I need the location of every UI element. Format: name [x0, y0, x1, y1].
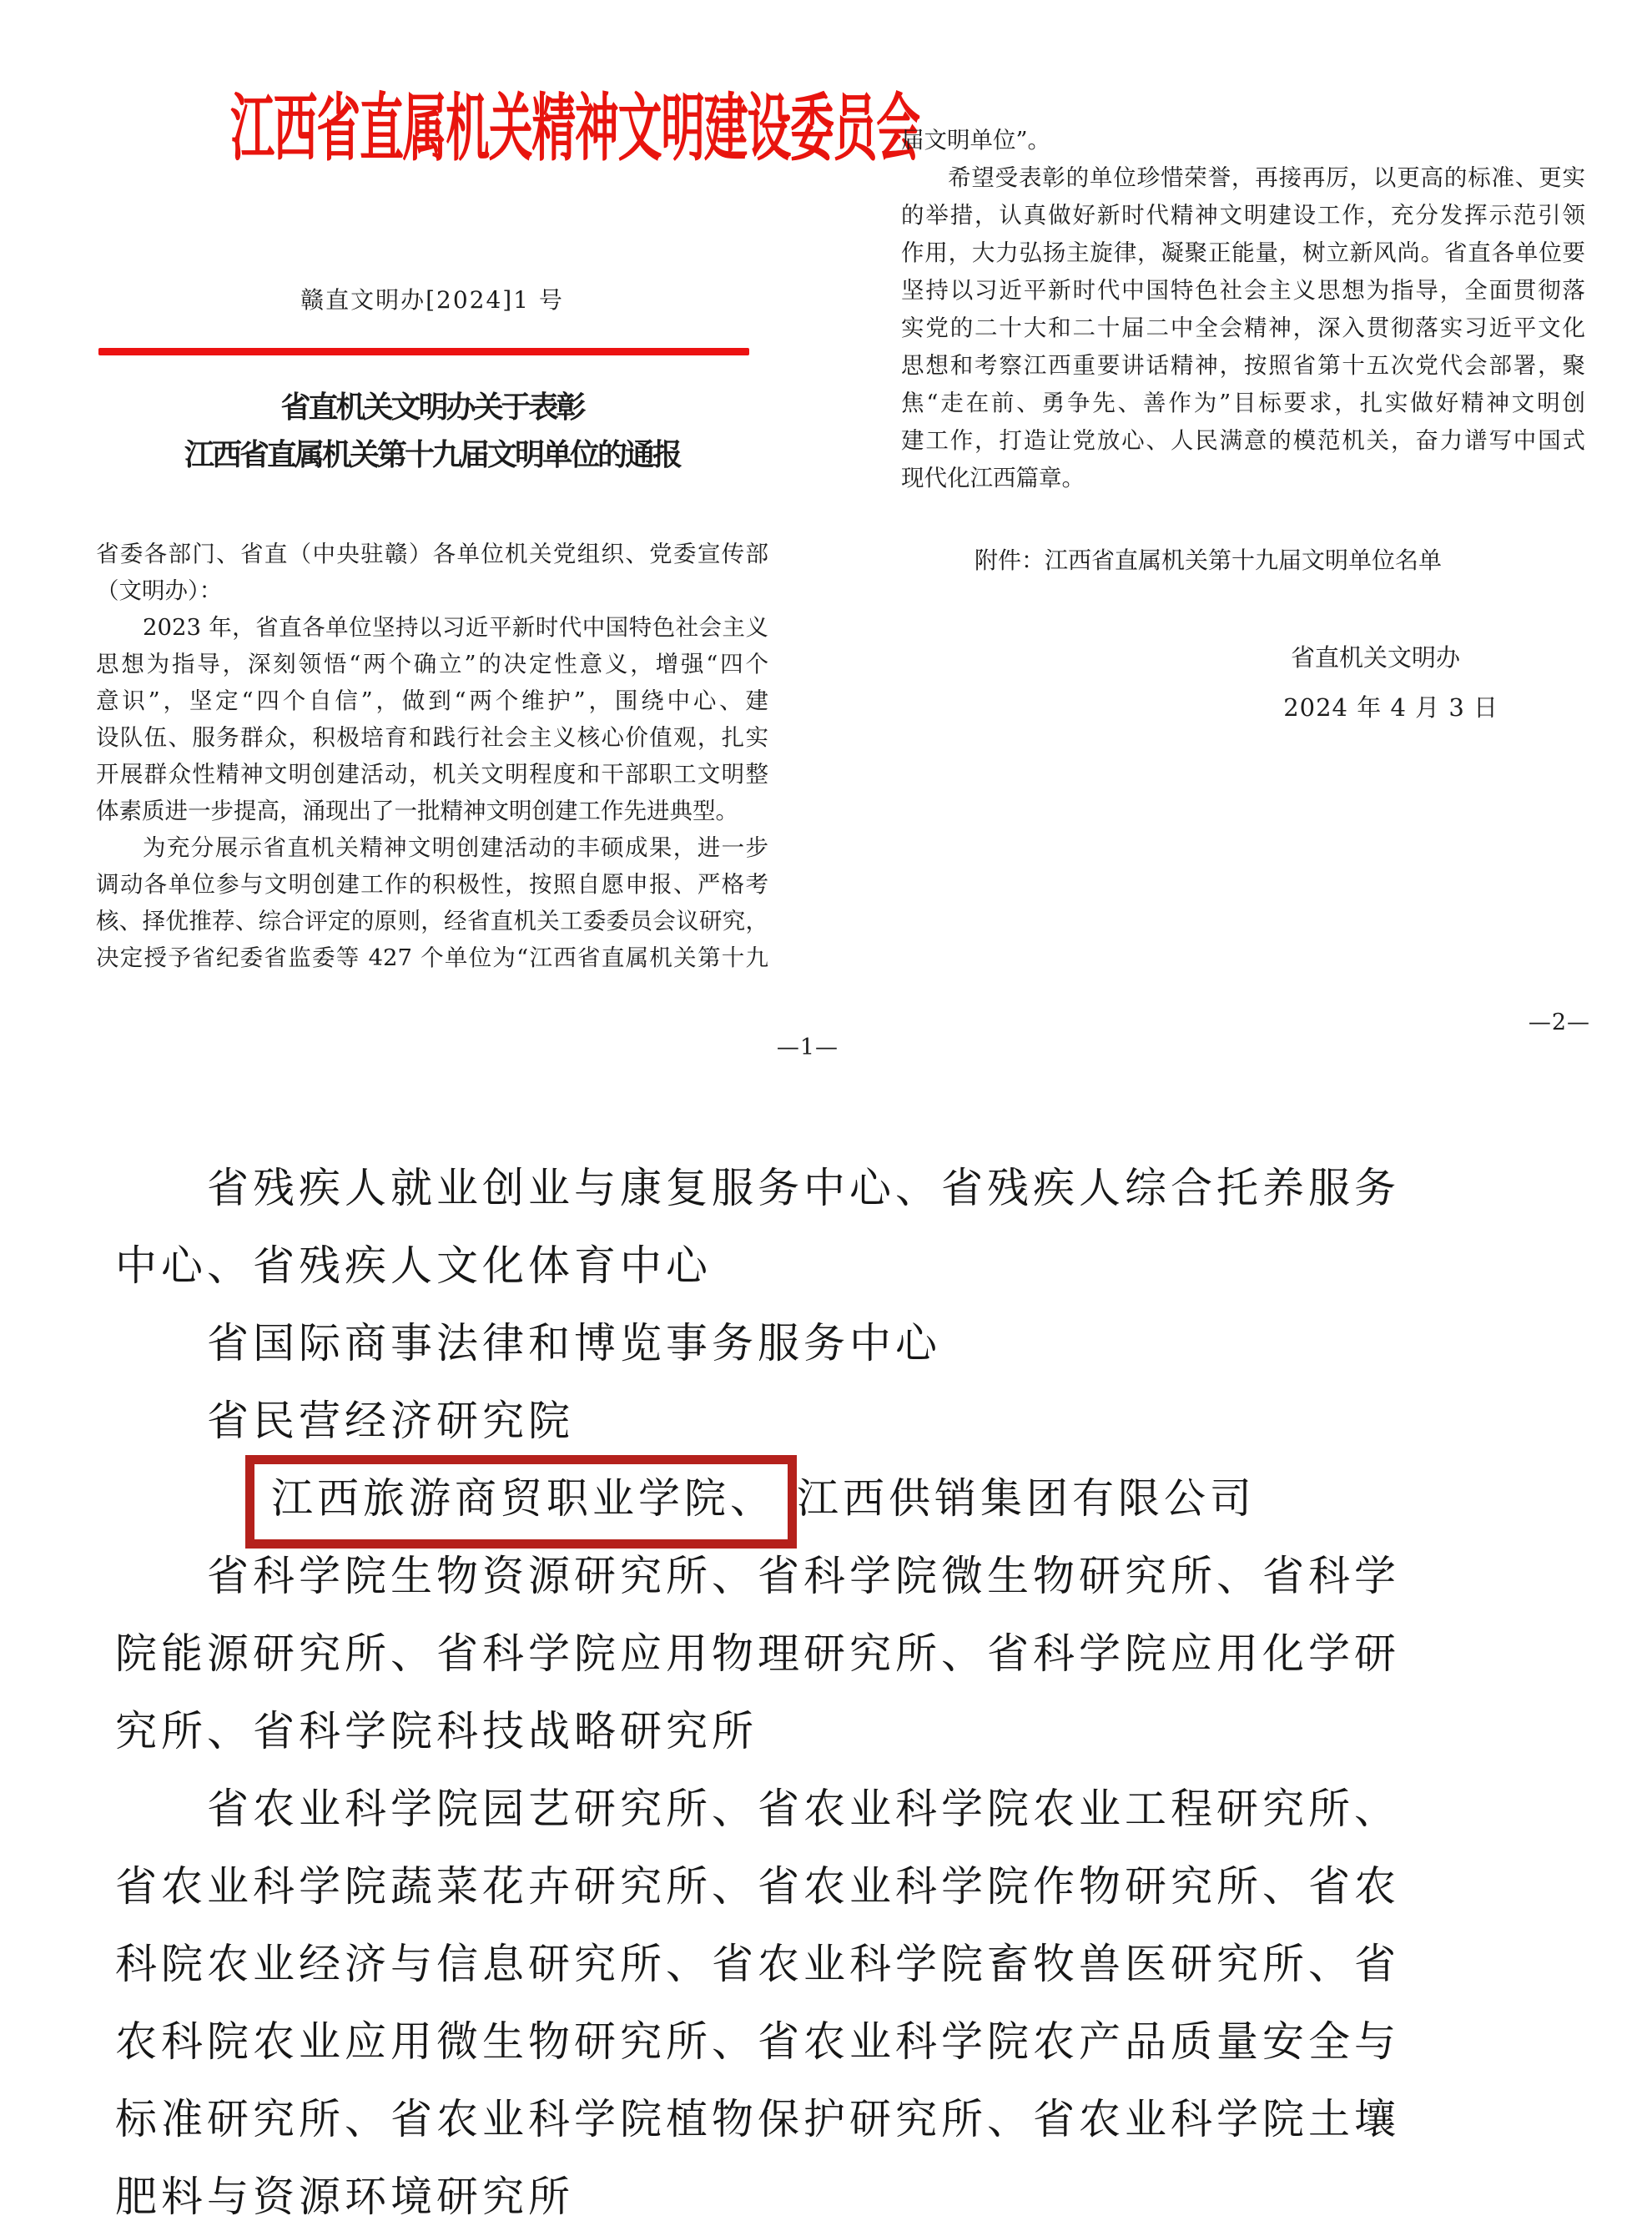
issue-date: 2024 年 4 月 3 日 [901, 689, 1498, 723]
unit-line: 中心、省残疾人文化体育中心 [115, 1227, 1584, 1305]
unit-list-line-highlighted: 江西旅游商贸职业学院、江西供销集团有限公司 [115, 1460, 1584, 1538]
body-line: 省委各部门、省直（中央驻赣）各单位机关党组织、党委宣传部 [96, 536, 768, 572]
attachment-note: 附件：江西省直属机关第十九届文明单位名单 [901, 542, 1585, 576]
civilized-unit-list: 省残疾人就业创业与康复服务中心、省残疾人综合托养服务中心、省残疾人文化体育中心省… [115, 1150, 1584, 2236]
unit-line: 标准研究所、省农业科学院植物保护研究所、省农业科学院土壤 [115, 2081, 1584, 2158]
highlight-box: 江西旅游商贸职业学院、 [245, 1455, 797, 1549]
body-line: 建工作，打造让党放心、人民满意的模范机关，奋力谱写中国式 [901, 422, 1585, 460]
unit-after-highlight: 江西供销集团有限公司 [797, 1474, 1256, 1523]
body-line: 现代化江西篇章。 [901, 460, 1585, 497]
unit-line: 院能源研究所、省科学院应用物理研究所、省科学院应用化学研 [115, 1615, 1584, 1693]
body-line: 决定授予省纪委省监委等 427 个单位为“江西省直属机关第十九 [96, 939, 768, 976]
committee-header: 江西省直属机关精神文明建设委员会 [230, 70, 634, 175]
body-line: 实党的二十大和二十届二中全会精神，深入贯彻落实习近平文化 [901, 310, 1585, 347]
body-line: 坚持以习近平新时代中国特色社会主义思想为指导，全面贯彻落 [901, 272, 1585, 310]
body-line: 希望受表彰的单位珍惜荣誉，再接再厉，以更高的标准、更实 [901, 159, 1585, 197]
body-line: 的举措，认真做好新时代精神文明建设工作，充分发挥示范引领 [901, 197, 1585, 234]
body-line: （文明办）： [96, 572, 768, 609]
page2-number: —2— [901, 1010, 1590, 1035]
unit-line: 省国际商事法律和博览事务服务中心 [115, 1305, 1584, 1382]
unit-list-lines-before: 省残疾人就业创业与康复服务中心、省残疾人综合托养服务中心、省残疾人文化体育中心省… [115, 1150, 1584, 1460]
unit-line: 省科学院生物资源研究所、省科学院微生物研究所、省科学 [115, 1538, 1584, 1615]
body-line: 作用，大力弘扬主旋律，凝聚正能量，树立新风尚。省直各单位要 [901, 234, 1585, 272]
unit-list-lines-after: 省科学院生物资源研究所、省科学院微生物研究所、省科学院能源研究所、省科学院应用物… [115, 1538, 1584, 2236]
body-line: 调动各单位参与文明创建工作的积极性，按照自愿申报、严格考 [96, 866, 768, 903]
red-divider-line [98, 348, 749, 355]
body-line: 核、择优推荐、综合评定的原则，经省直机关工委委员会议研究， [96, 903, 768, 939]
body-line: 思想和考察江西重要讲话精神，按照省第十五次党代会部署，聚 [901, 347, 1585, 385]
page1-number: —1— [96, 1035, 839, 1060]
body-line: 体素质进一步提高，涌现出了一批精神文明创建工作先进典型。 [96, 793, 768, 829]
body-line: 届文明单位”。 [901, 122, 1585, 159]
unit-line: 省残疾人就业创业与康复服务中心、省残疾人综合托养服务 [115, 1150, 1584, 1227]
unit-line: 科院农业经济与信息研究所、省农业科学院畜牧兽医研究所、省 [115, 1926, 1584, 2003]
body-line: 思想为指导，深刻领悟“两个确立”的决定性意义，增强“四个 [96, 646, 768, 682]
unit-line: 省农业科学院蔬菜花卉研究所、省农业科学院作物研究所、省农 [115, 1848, 1584, 1926]
unit-line: 省农业科学院园艺研究所、省农业科学院农业工程研究所、 [115, 1770, 1584, 1848]
body-line: 开展群众性精神文明创建活动，机关文明程度和干部职工文明整 [96, 756, 768, 793]
notice-title-line-2: 江西省直属机关第十九届文明单位的通报 [96, 431, 768, 479]
page1-body: 省委各部门、省直（中央驻赣）各单位机关党组织、党委宣传部（文明办）：2023 年… [96, 536, 768, 976]
page2-body: 届文明单位”。希望受表彰的单位珍惜荣誉，再接再厉，以更高的标准、更实的举措，认真… [901, 122, 1585, 497]
notice-title-line-1: 省直机关文明办关于表彰 [96, 384, 768, 431]
body-line: 意识”，坚定“四个自信”，做到“两个维护”，围绕中心、建 [96, 682, 768, 719]
document-number: 赣直文明办[2024]1 号 [96, 282, 768, 315]
unit-line: 农科院农业应用微生物研究所、省农业科学院农产品质量安全与 [115, 2003, 1584, 2081]
issuer-signature: 省直机关文明办 [901, 639, 1460, 673]
unit-line: 肥料与资源环境研究所 [115, 2158, 1584, 2236]
body-line: 设队伍、服务群众，积极培育和践行社会主义核心价值观，扎实 [96, 719, 768, 756]
unit-line: 省民营经济研究院 [115, 1382, 1584, 1460]
unit-line: 究所、省科学院科技战略研究所 [115, 1693, 1584, 1770]
body-line: 为充分展示省直机关精神文明创建活动的丰硕成果，进一步 [96, 829, 768, 866]
highlighted-unit: 江西旅游商贸职业学院、 [271, 1474, 776, 1523]
body-line: 焦“走在前、勇争先、善作为”目标要求，扎实做好精神文明创 [901, 385, 1585, 422]
notice-title: 省直机关文明办关于表彰 江西省直属机关第十九届文明单位的通报 [96, 384, 768, 479]
body-line: 2023 年，省直各单位坚持以习近平新时代中国特色社会主义 [96, 609, 768, 646]
